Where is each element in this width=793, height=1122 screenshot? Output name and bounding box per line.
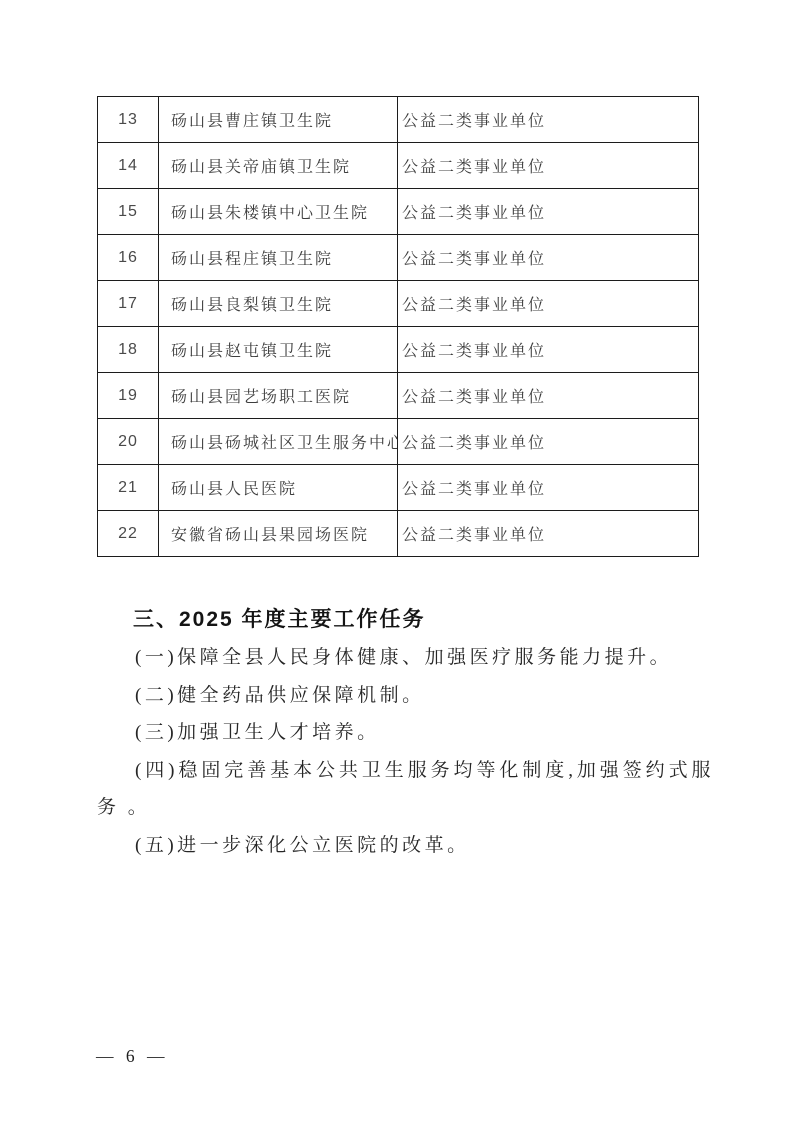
task-item-3: (三)加强卫生人才培养。	[97, 714, 714, 752]
task-item-2: (二)健全药品供应保障机制。	[97, 677, 714, 715]
table-row: 14 砀山县关帝庙镇卫生院 公益二类事业单位	[98, 143, 699, 189]
task-item-5: (五)进一步深化公立医院的改革。	[97, 827, 714, 865]
table-row: 13 砀山县曹庄镇卫生院 公益二类事业单位	[98, 97, 699, 143]
category-cell: 公益二类事业单位	[398, 235, 699, 281]
institution-name-cell: 砀山县朱楼镇中心卫生院	[159, 189, 398, 235]
row-number-cell: 19	[98, 373, 159, 419]
category-cell: 公益二类事业单位	[398, 327, 699, 373]
table-row: 21 砀山县人民医院 公益二类事业单位	[98, 465, 699, 511]
category-cell: 公益二类事业单位	[398, 189, 699, 235]
institution-name-cell: 砀山县赵屯镇卫生院	[159, 327, 398, 373]
task-item-1: (一)保障全县人民身体健康、加强医疗服务能力提升。	[97, 639, 714, 677]
institution-name-cell: 砀山县砀城社区卫生服务中心	[159, 419, 398, 465]
table-row: 17 砀山县良梨镇卫生院 公益二类事业单位	[98, 281, 699, 327]
institution-name-cell: 砀山县园艺场职工医院	[159, 373, 398, 419]
section-heading: 三、2025 年度主要工作任务	[97, 601, 714, 639]
table-row: 16 砀山县程庄镇卫生院 公益二类事业单位	[98, 235, 699, 281]
institution-name-cell: 砀山县程庄镇卫生院	[159, 235, 398, 281]
category-cell: 公益二类事业单位	[398, 419, 699, 465]
row-number-cell: 22	[98, 511, 159, 557]
row-number-cell: 18	[98, 327, 159, 373]
category-cell: 公益二类事业单位	[398, 373, 699, 419]
table-row: 22 安徽省砀山县果园场医院 公益二类事业单位	[98, 511, 699, 557]
row-number-cell: 13	[98, 97, 159, 143]
institution-name-cell: 砀山县良梨镇卫生院	[159, 281, 398, 327]
row-number-cell: 16	[98, 235, 159, 281]
category-cell: 公益二类事业单位	[398, 465, 699, 511]
task-item-4: (四)稳固完善基本公共卫生服务均等化制度,加强签约式服务 。	[97, 752, 714, 827]
row-number-cell: 14	[98, 143, 159, 189]
table-row: 19 砀山县园艺场职工医院 公益二类事业单位	[98, 373, 699, 419]
row-number-cell: 20	[98, 419, 159, 465]
institution-name-cell: 砀山县关帝庙镇卫生院	[159, 143, 398, 189]
table-row: 15 砀山县朱楼镇中心卫生院 公益二类事业单位	[98, 189, 699, 235]
table-row: 18 砀山县赵屯镇卫生院 公益二类事业单位	[98, 327, 699, 373]
institution-name-cell: 砀山县人民医院	[159, 465, 398, 511]
table-row: 20 砀山县砀城社区卫生服务中心 公益二类事业单位	[98, 419, 699, 465]
category-cell: 公益二类事业单位	[398, 281, 699, 327]
institution-name-cell: 砀山县曹庄镇卫生院	[159, 97, 398, 143]
institution-name-cell: 安徽省砀山县果园场医院	[159, 511, 398, 557]
tasks-section: 三、2025 年度主要工作任务 (一)保障全县人民身体健康、加强医疗服务能力提升…	[97, 601, 714, 864]
institutions-table: 13 砀山县曹庄镇卫生院 公益二类事业单位 14 砀山县关帝庙镇卫生院 公益二类…	[97, 96, 699, 557]
row-number-cell: 17	[98, 281, 159, 327]
document-page: 13 砀山县曹庄镇卫生院 公益二类事业单位 14 砀山县关帝庙镇卫生院 公益二类…	[0, 0, 793, 1122]
row-number-cell: 15	[98, 189, 159, 235]
row-number-cell: 21	[98, 465, 159, 511]
page-number: — 6 —	[96, 1046, 169, 1067]
category-cell: 公益二类事业单位	[398, 511, 699, 557]
category-cell: 公益二类事业单位	[398, 143, 699, 189]
category-cell: 公益二类事业单位	[398, 97, 699, 143]
